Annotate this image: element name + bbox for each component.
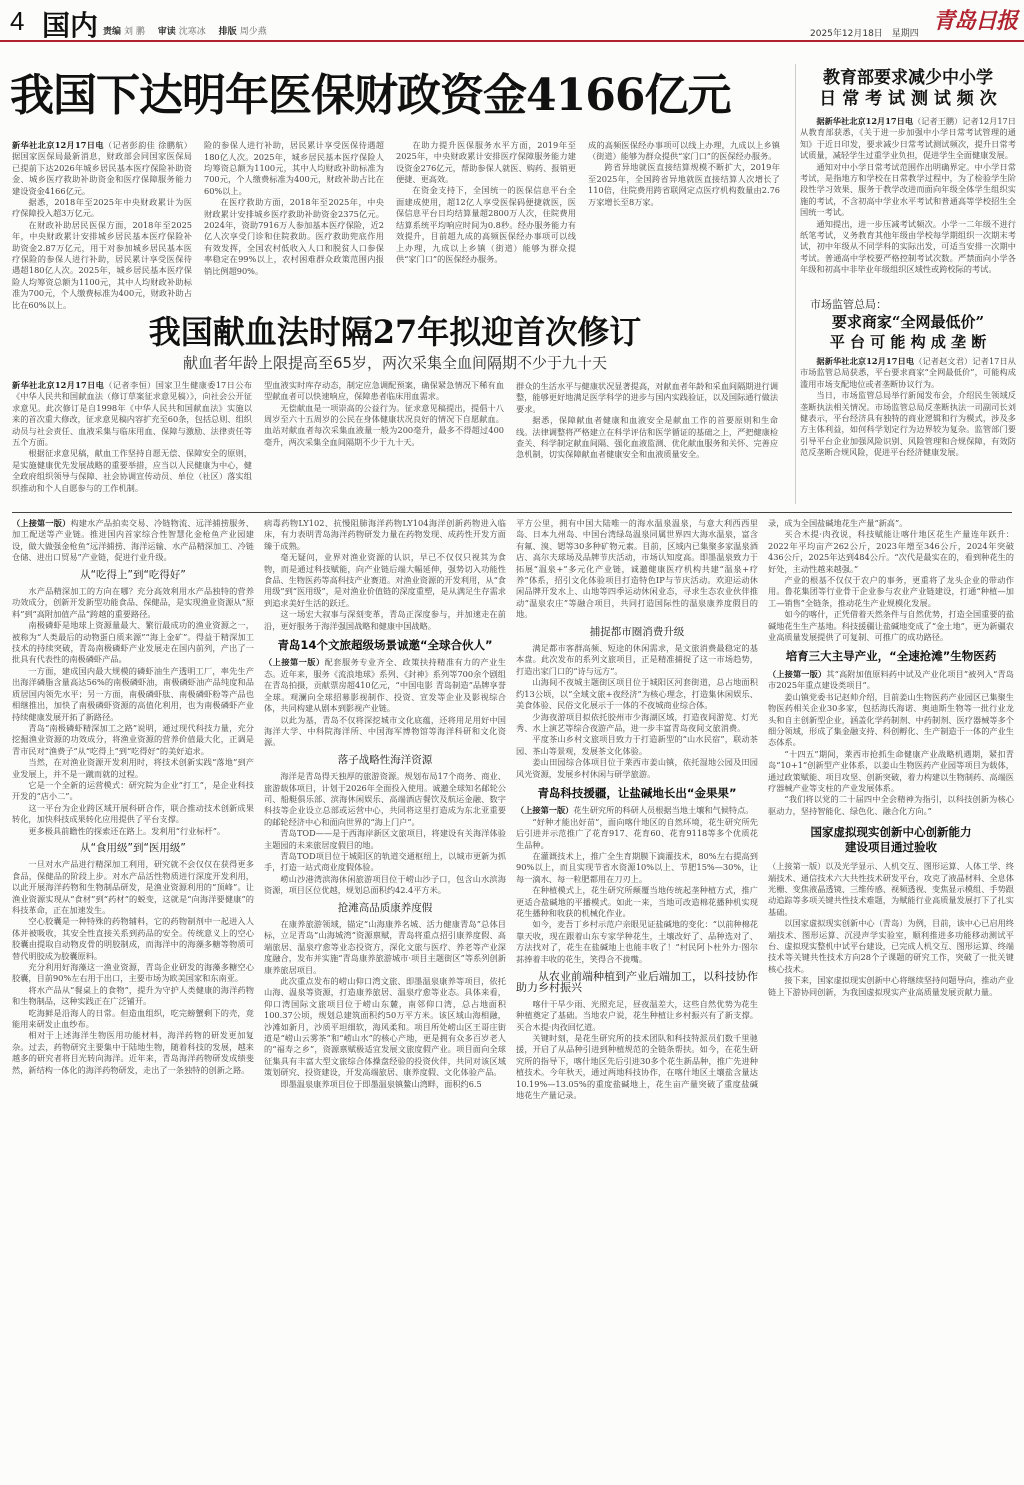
- paragraph: 崂山沙港湾滨海休闲旅游项目位于崂山沙子口，包含山水滨海资源，项目区位优越，规划总…: [264, 874, 506, 897]
- issue-date: 2025年12月18日 星期四: [810, 26, 919, 39]
- paragraph: 在资金支持下，全国统一的医保信息平台全面建成使用，超12亿人享受医保码便捷就医，…: [396, 185, 576, 265]
- subheading: 捕捉都市圈消费升级: [516, 627, 758, 638]
- newspaper-logo: 青岛日报: [933, 4, 1017, 35]
- subheading: 从“食用级”到“医用级”: [12, 843, 254, 854]
- paragraph: 接下来，国家虚拟现实创新中心将继续坚持问题导向，推动产业链上下游协同创新，为我国…: [768, 975, 1014, 998]
- paragraph: 姜山镇党委书记赵帅介绍，目前姜山生物医药产业园区已集聚生物医药相关企业30多家，…: [768, 692, 1014, 749]
- paragraph: 水产品精深加工的方向在哪？充分高效利用水产品独特的营养功效成分，创新开发新型功能…: [12, 586, 254, 620]
- dateline: 新华社北京12月17日电: [12, 140, 104, 150]
- paragraph: 吃海鲜是沿海人的日常。但造血组织，吃完螃蟹剩下的壳，竟能用来研发止血纱布。: [12, 1008, 254, 1031]
- lower-col4: 录，成为全国盐碱地花生产量“新高”。 买合木提·肉孜说，科技赋能让喀什地区花生产…: [768, 518, 1014, 1478]
- paragraph: “十四五”期间，莱西市抢抓生命健康产业战略机遇期，紧扣青岛“10+1”创新型产业…: [768, 749, 1014, 795]
- paragraph: 无偿献血是一项崇高的公益行为。征求意见稿提出，提倡十八周岁至六十五周岁的公民在身…: [264, 403, 504, 449]
- paragraph: 山海间不夜城主题街区项目位于城阳区河套街道，总占地面积约13公顷，以“全域文旅+…: [516, 677, 758, 711]
- page-number: 4: [10, 6, 24, 37]
- paragraph: 喀什干旱少雨、光照充足，昼夜温差大，这些自然优势为花生种植奠定了基础。当地农户说…: [516, 999, 758, 1033]
- article2-col2: 根据征求意见稿，献血工作坚持自愿无偿、保障安全的原则，是实施健康优先发展战略的重…: [264, 380, 504, 510]
- article1-col1: 新华社北京12月17日电（记者彭韵佳 徐鹏航）据国家医保局最新消息，财政部会同国…: [12, 140, 192, 320]
- byline: （记者王鹏）: [913, 116, 962, 126]
- paragraph: 这一场宏大叙事与深刻变革，青岛正深度参与，并加速走在前沿，更好服务于海洋强国战略…: [264, 609, 506, 632]
- paragraph: 青岛“南极磷虾精深加工之路”说明，通过现代科技力量，充分挖掘渔业资源的功效成分，…: [12, 723, 254, 757]
- article2-subheadline: 献血者年龄上限提高至65岁，两次采集全血间隔期不少于九十天: [0, 352, 790, 373]
- paragraph: 一旦对水产品进行精深加工利用，研究就不会仅仅在获得更多食品，保健品的阶段上步。对…: [12, 859, 254, 916]
- article1-col3: 在医疗救助方面，2018年至2025年，中央财政累计安排城乡医疗救助补助资金23…: [396, 140, 576, 320]
- paragraph: 青岛TOD项目位于城阳区的轨道交通枢纽上，以城市更新为抓手，打造一站式商业度假体…: [264, 851, 506, 874]
- article3-body: 据新华社北京12月17日电（记者王鹏）记者12月17日从教育部获悉，《关于进一步…: [800, 116, 1016, 286]
- paragraph: 毫无疑问，业界对渔业资源的认识，早已不仅仅只视其为食物，而是通过科技赋能，向产业…: [264, 552, 506, 609]
- paragraph: 平方公里，拥有中国大陆唯一的海水温泉温泉，与意大利西西里岛、日本九州岛、中国台湾…: [516, 518, 758, 621]
- paragraph: 此次重点发布的崂山仰口湾文旅、即墨温泉康养等项目，依托山海、温泉等资源，打造康养…: [264, 976, 506, 1079]
- lower-col3: 平方公里，拥有中国大陆唯一的海水温泉温泉，与意大利西西里岛、日本九州岛、中国台湾…: [516, 518, 758, 1478]
- paragraph: 在财政补助居民医保方面，2018年至2025年，中央财政累计安排城乡居民基本医疗…: [204, 140, 384, 197]
- paragraph: 买合木提·肉孜说，科技赋能让喀什地区花生产量连年跃升：2022年平均亩产262公…: [768, 529, 1014, 575]
- article3-headline[interactable]: 教育部要求减少中小学 日 常 考 试 测 试 频 次: [800, 68, 1016, 110]
- paragraph: 一方面，建成国内最大规模的磷虾油生产透明工厂，率先生产出海洋磷脂含量高达56%的…: [12, 666, 254, 723]
- paragraph: 如今的喀什，正凭借着天然条件与自然优势，打造全国重要的盐碱地花生生产基地。科技援…: [768, 609, 1014, 643]
- paragraph: “我们将以党的二十届四中全会精神为指引，以科技创新为核心驱动力，坚持智能化、绿色…: [768, 794, 1014, 817]
- paragraph: 更多极具前瞻性的探索还在路上。发利用“行业标杆”。: [12, 826, 254, 837]
- headline-line: 日 常 考 试 测 试 频 次: [800, 89, 1016, 110]
- article-headline[interactable]: 青岛14个文旅超级场景诚邀“全球合伙人”: [264, 640, 506, 651]
- paragraph: 在灌溉技术上，推广全生育期膜下滴灌技术，80%左右提高到90%以上，而且实现节省…: [516, 851, 758, 885]
- byline: （记者赵文君）: [914, 356, 972, 366]
- paragraph: 将水产品从“餐桌上的食物”，提升为守护人类健康的海洋药物和生物制品，这种实践正在…: [12, 985, 254, 1008]
- continuation-label: （上接第一版）: [12, 518, 70, 528]
- article-headline[interactable]: 青岛科技援疆，让盐碱地长出“金果果”: [516, 788, 758, 799]
- credit-role: 排版: [219, 27, 237, 37]
- paragraph: 国家卫生健康委17日公布《中华人民共和国献血法（修订草案征求意见稿）》，向社会公…: [12, 380, 252, 447]
- article-headline[interactable]: 培育三大主导产业，“全速抢滩”生物医药: [768, 651, 1014, 662]
- article4-kicker: 市场监管总局：: [800, 296, 1016, 312]
- paragraph: 录，成为全国盐碱地花生产量“新高”。: [768, 518, 1014, 529]
- lower-col1: （上接第一版）构建水产品拍卖交易、冷链物流、远洋捕捞服务、加工配送等产业链。推进…: [12, 518, 254, 1478]
- continuation-label: （上接第一版）: [264, 657, 325, 667]
- paragraph: 当日，市场监管总局举行新闻发布会，介绍民生领域反垄断执法相关情况。市场监管总局反…: [800, 390, 1016, 458]
- paragraph: （上接第一版）以及光学显示、人机交互、图形运算、人体工学、终端技术、通信技术六大…: [768, 861, 1014, 918]
- article2-col1: 新华社北京12月17日电（记者李恒）国家卫生健康委17日公布《中华人民共和国献血…: [12, 380, 252, 510]
- paragraph: 海洋是青岛得天独厚的旅游资源。规划布局17个商务、商业、旅游载体项目，计划于20…: [264, 771, 506, 828]
- paragraph: 据悉，2018年至2025年中央财政累计为医疗保障投入超3万亿元。: [12, 197, 192, 220]
- article1-col4: 在资金支持下，全国统一的医保信息平台全面建成使用，超12亿人享受医保码便捷就医，…: [588, 140, 780, 320]
- section-divider: [12, 512, 1012, 513]
- paragraph: 青岛TOD——是于西海岸新区文旅项目，将建设有关海洋体验主题园的未来旅居度假目的…: [264, 828, 506, 851]
- paragraph: 根据征求意见稿，献血工作坚持自愿无偿、保障安全的原则，是实施健康优先发展战略的重…: [12, 448, 252, 494]
- article1-col2: 在财政补助居民医保方面，2018年至2025年，中央财政累计安排城乡居民基本医疗…: [204, 140, 384, 320]
- article4-headline[interactable]: 要求商家“全网最低价” 平 台 可 能 构 成 垄 断: [800, 312, 1016, 352]
- paragraph: 通知提出，进一步压减考试频次。小学一二年级不进行纸笔考试，义务教育其他年级由学校…: [800, 219, 1016, 276]
- dateline: 据新华社北京12月17日电: [816, 116, 913, 126]
- paragraph: 以此为基，青岛不仅将深挖城市文化底蕴，还将用足用好中国海洋大学、中科院海洋所、中…: [264, 715, 506, 749]
- dateline: 新华社北京12月17日电: [12, 380, 104, 390]
- paragraph: 在康养旅游领域，锚定“山海康养名城、活力健康青岛”总体目标，立足青岛“山海城湾”…: [264, 919, 506, 976]
- paragraph: 即墨温泉康养项目位于即墨温泉镇鳌山湾畔，面积约6.5: [264, 1079, 506, 1090]
- paragraph: 这一平台为企业跨区域开展科研合作，联合推动技术创新成果转化，加快科技成果转化应用…: [12, 803, 254, 826]
- paragraph: 充分利用好海藻这一渔业资源，青岛企业研发的海藻多糖空心胶囊，目前90%左右用于出…: [12, 962, 254, 985]
- subheading: 从农业前端种植到产业后端加工，以科技协作助力乡村振兴: [516, 971, 758, 994]
- headline-line: 教育部要求减少中小学: [800, 68, 1016, 89]
- article2-headline[interactable]: 我国献血法时隔27年拟迎首次修订: [0, 312, 790, 352]
- paragraph: 满足都市客群高频、短途的休闲需求，是文旅消费最稳定的基本盘。此次发布的系列文旅项…: [516, 643, 758, 677]
- paragraph: 它是一个全新的运营模式：研究院为企业“打工”，是企业科技开发的“店小二”。: [12, 780, 254, 803]
- byline: （记者彭韵佳 徐鹏航）: [104, 140, 192, 150]
- continuation-label: （上接第一版）: [768, 669, 826, 679]
- paragraph: 病毒药物LY102、抗慢阻肺海洋药物LY104海洋创新药物进入临床，有力表明青岛…: [264, 518, 506, 552]
- article-headline[interactable]: 国家虚拟现实创新中心创新能力建设项目通过验收: [806, 825, 976, 855]
- paragraph: 当然，在对渔业资源开发利用时，将技术创新实践“落地”到产业发展上，并不是一蹴而就…: [12, 757, 254, 780]
- editor-credits: 责编刘 鹏 审读沈寒冰 排版周少燕: [103, 24, 277, 37]
- dateline: 据新华社北京12月17日电: [816, 356, 914, 366]
- paragraph: 跨省异地就医直接结算规模不断扩大，2019年至2025年，全国跨省异地就医直接结…: [588, 162, 780, 208]
- column-divider: [795, 64, 796, 504]
- lower-col2: 病毒药物LY102、抗慢阻肺海洋药物LY104海洋创新药物进入临床，有力表明青岛…: [264, 518, 506, 1478]
- byline: （记者李恒）: [104, 380, 156, 390]
- subheading: 抢滩高品质康养度假: [264, 903, 506, 914]
- paragraph: 在助力提升医保服务水平方面，2019年至2025年，中央财政累计安排医疗保障服务…: [396, 140, 576, 185]
- paragraph: 在资金支持下，全国统一的医保信息平台全面建成使用，超12亿人享受医保码便捷就医，…: [588, 140, 780, 162]
- paragraph: 少海夜游项目拟依托胶州市少海湖区域，打造夜间游览、灯光秀、水上演艺等综合夜游产品…: [516, 712, 758, 735]
- paragraph: 姜山田园综合体项目位于莱西市姜山镇，依托湿地公园及田园风光资源，发展乡村休闲与研…: [516, 757, 758, 780]
- paragraph: 据国家医保局最新消息，财政部会同国家医保局已提前下达2026年城乡居民基本医疗保…: [12, 151, 192, 195]
- credit-role: 审读: [158, 27, 176, 37]
- credit-name: 刘 鹏: [124, 27, 145, 37]
- paragraph: 南极磷虾是地球上资源量最大、繁衍最成功的渔业资源之一，被称为“人类最后的动物蛋白…: [12, 620, 254, 666]
- headline-line: 平 台 可 能 构 成 垄 断: [800, 332, 1016, 352]
- article4-body: 据新华社北京12月17日电（记者赵文君）记者17日从市场监管总局获悉，平台要求商…: [800, 356, 1016, 496]
- paragraph: 花生研究所的科研人员根据当地土壤和气候特点。: [573, 805, 753, 815]
- paragraph: 在种植模式上，花生研究所颠覆当地传统起垄种植方式，推广更适合盐碱地的平播模式。如…: [516, 885, 758, 919]
- paragraph: 以国家虚拟现实创新中心（青岛）为例，目前，该中心已启用终端技术、图形运算、沉浸声…: [768, 918, 1014, 975]
- page-masthead: 4 国内 责编刘 鹏 审读沈寒冰 排版周少燕 2025年12月18日 星期四 青…: [0, 0, 1024, 42]
- subheading: 落子战略性海洋资源: [264, 755, 506, 766]
- paragraph: 在财政补助居民医保方面，2018年至2025年，中央财政累计安排城乡居民基本医疗…: [12, 220, 192, 311]
- paragraph: 通知对中小学日常考试范围作出明确界定。中小学日常考试，是指地方和学校在日常教学过…: [800, 162, 1016, 219]
- continuation-label: （上接第一版）: [516, 805, 573, 815]
- paragraph: 产业的根基不仅仅于农户的事务，更重将了龙头企业的带动作用。鲁花集团等行业骨干企业…: [768, 575, 1014, 609]
- section-title: 国内: [42, 4, 98, 44]
- credit-name: 沈寒冰: [179, 27, 206, 37]
- paragraph: “好种才能出好苗”，面向喀什地区的自然环境，花生研究所先后引进并示范推广了花育9…: [516, 817, 758, 851]
- paragraph: 征求意见稿明确，每个县（市、区）至少设置一个固定献血屋（点），人口较多和用血需求…: [264, 380, 504, 403]
- paragraph: 空心胶囊是一种特殊的药物辅料，它的药物制剂中一起进入人体并被吸收，其安全性直接关…: [12, 916, 254, 962]
- credit-role: 责编: [103, 27, 121, 37]
- subheading: 从“吃得上”到“吃得好”: [12, 570, 254, 581]
- paragraph: 关键时刻，是花生研究所的技术团队和科技特派员们数千里驰援，开启了从品种引进到种植…: [516, 1033, 758, 1101]
- paragraph: 平度茶山乡村文旅项目致力于打造新型的“山水民宿”，联动茶园、茶山等景观，发展茶文…: [516, 734, 758, 757]
- headline-line: 要求商家“全网最低价”: [800, 312, 1016, 332]
- paragraph: 记者从国家卫生健康委了解到，随着我国经济社会不断发展，人民群众的生活水平与健康状…: [516, 380, 778, 415]
- article1-headline[interactable]: 我国下达明年医保财政资金4166亿元: [10, 66, 790, 126]
- paragraph: 如今，麦吾丁乡村示范户亲眼见证盐碱地的变化：“以前种棉花靠天收，现在跟着山东专家…: [516, 919, 758, 965]
- paragraph: 相对于上述海洋生物医用功能材料，海洋药物的研发更加复杂。过去，药物研究主要集中于…: [12, 1030, 254, 1076]
- paragraph: 据悉，保障献血者健康和血液安全是献血工作的首要原则和生命线。法律调整将严格建立在…: [516, 415, 778, 461]
- credit-name: 周少燕: [240, 27, 267, 37]
- paragraph: 在医疗救助方面，2018年至2025年，中央财政累计安排城乡医疗救助补助资金23…: [204, 197, 384, 277]
- article2-col3: 无偿献血是一项崇高的公益行为。征求意见稿提出，提倡十八周岁至六十五周岁的公民在身…: [516, 380, 778, 510]
